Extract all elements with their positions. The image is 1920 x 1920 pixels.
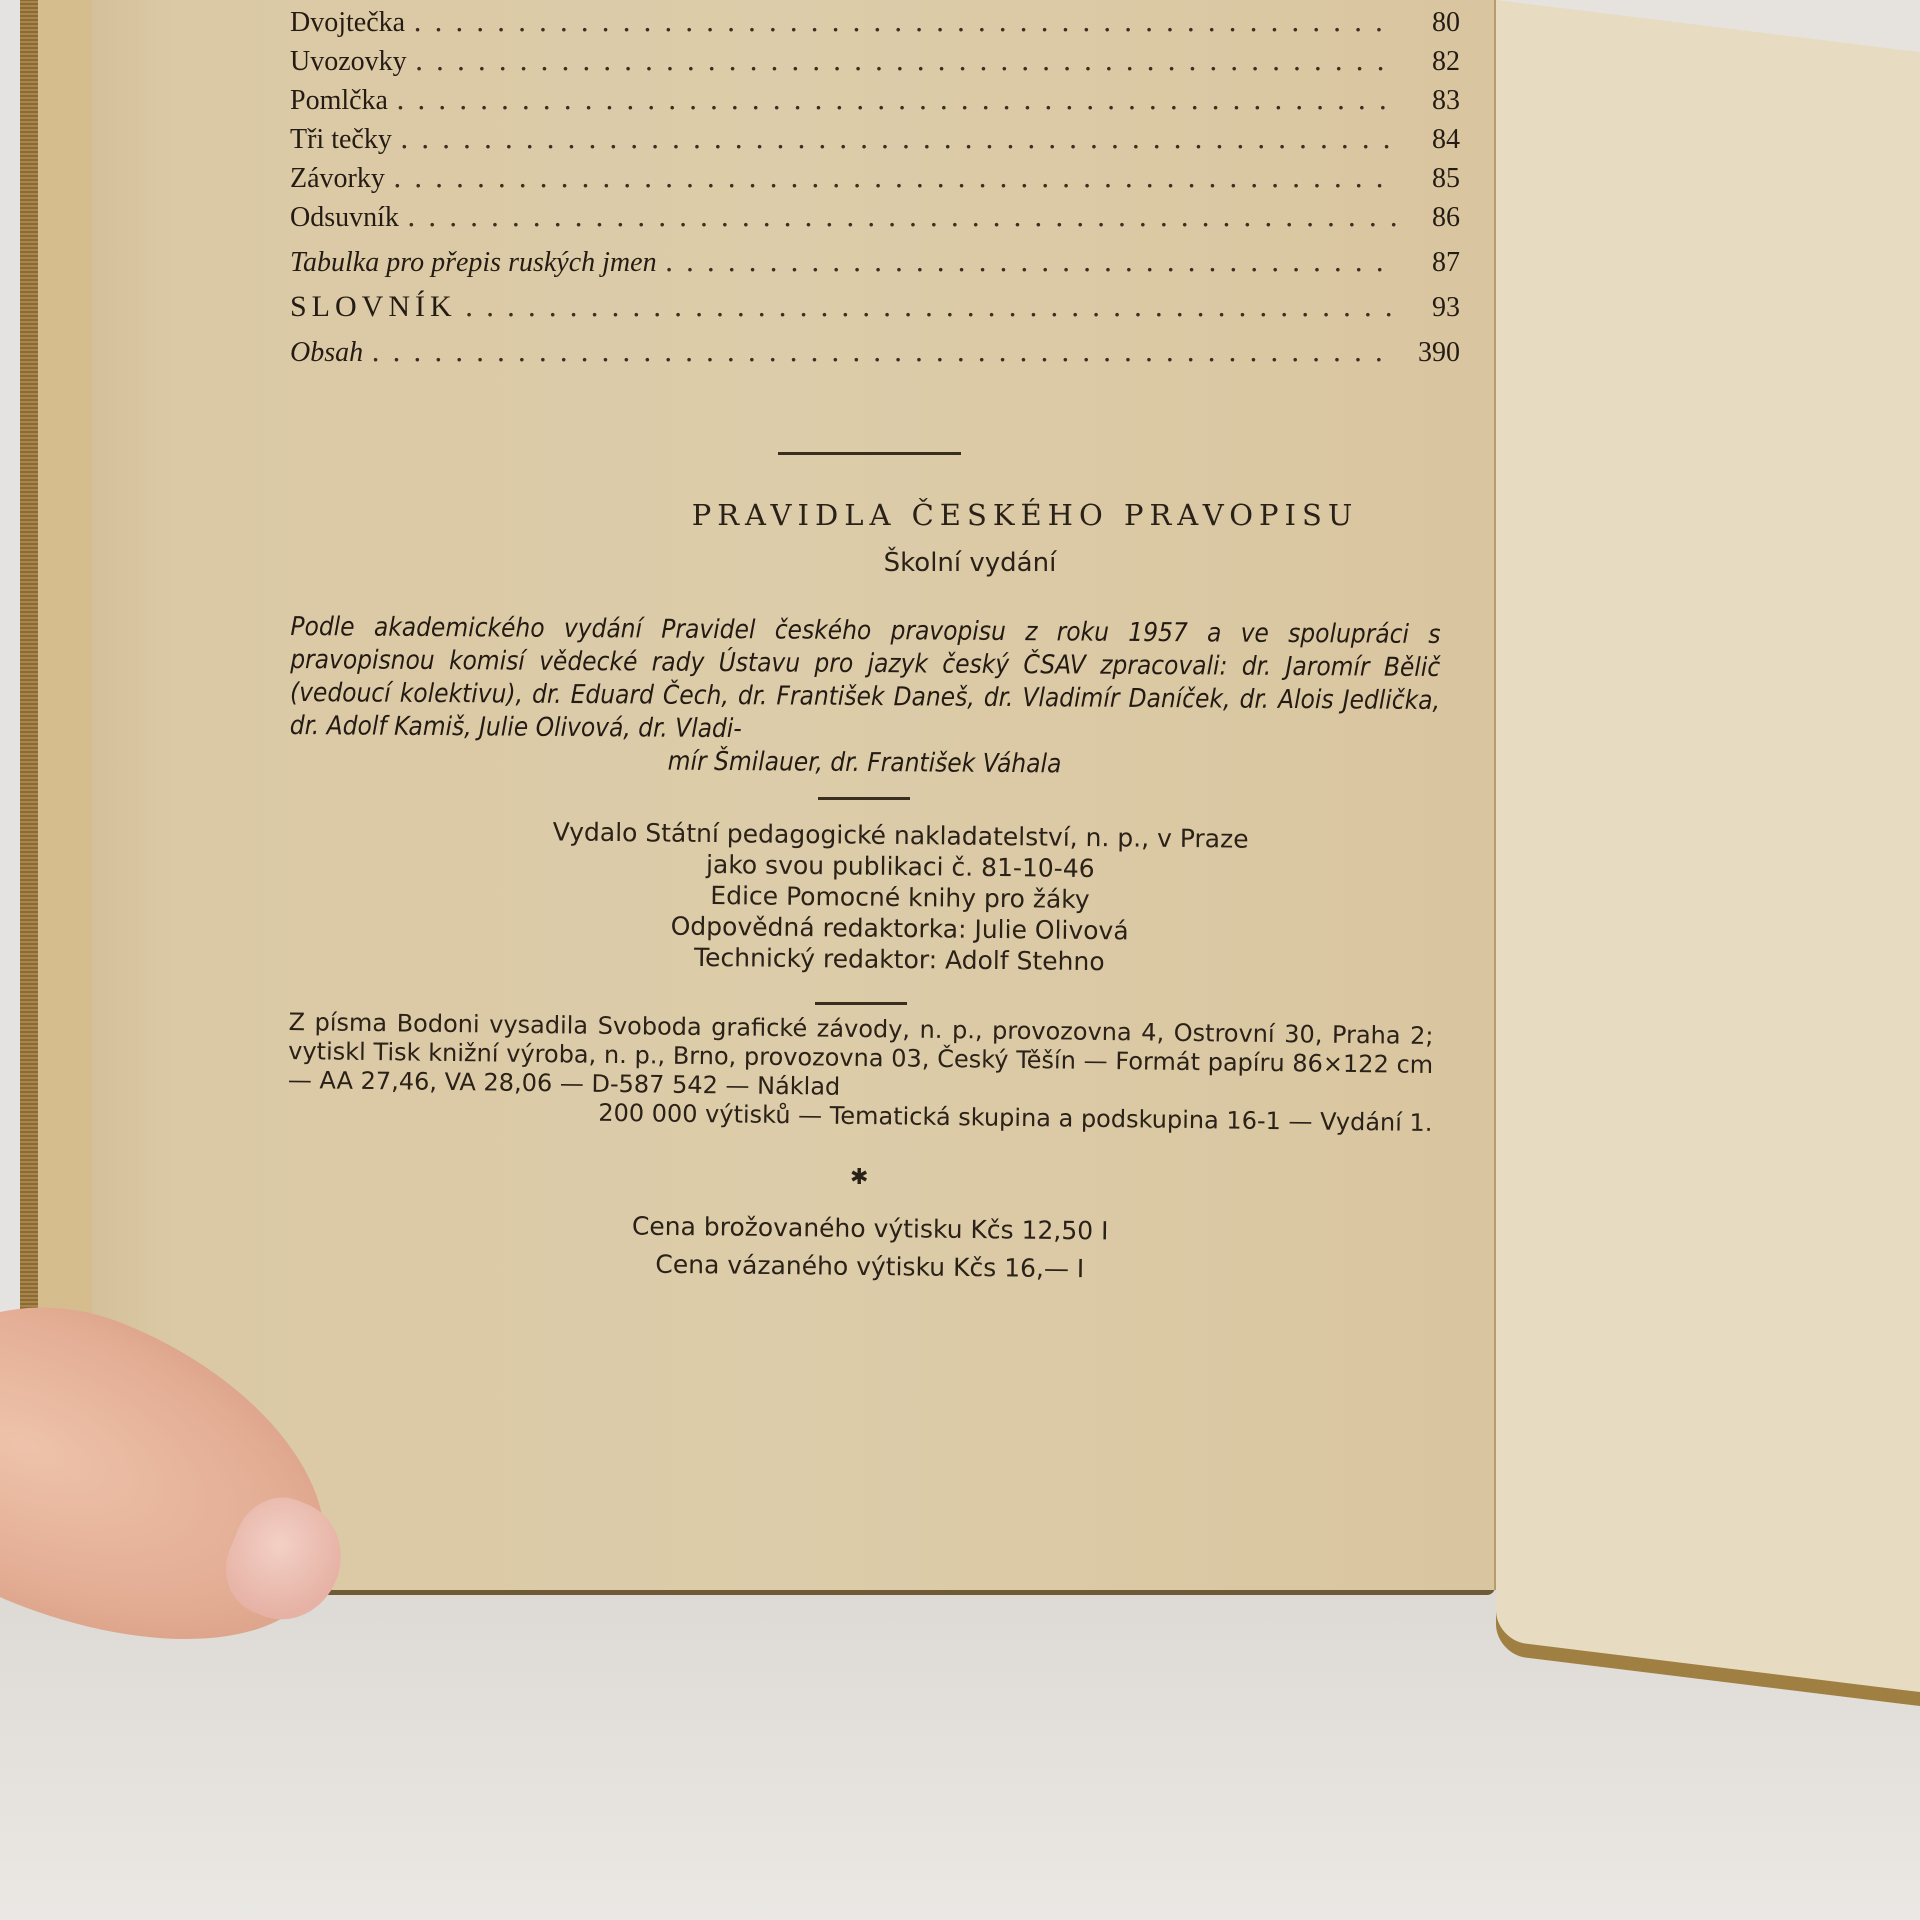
divider-rule — [818, 797, 910, 800]
toc-leader: ........................................… — [413, 5, 1396, 38]
book-cover-cloth — [20, 0, 38, 1345]
toc-entry: Obsah ..................................… — [290, 335, 1460, 374]
toc-leader: ........................................… — [396, 83, 1396, 116]
toc-page: 84 — [1404, 124, 1460, 156]
toc-label: Tři tečky — [290, 124, 392, 156]
credits-text: Podle akademického vydání Pravidel české… — [290, 612, 1441, 744]
book-subtitle: Školní vydání — [10, 548, 1920, 578]
toc-page: 93 — [1404, 292, 1460, 324]
printing-text: Z písma Bodoni vysadila Svoboda grafické… — [288, 1008, 1434, 1101]
toc-page: 82 — [1404, 46, 1460, 78]
book-cover-inner — [38, 0, 92, 1345]
table-of-contents: Dvojtečka ..............................… — [290, 5, 1460, 374]
toc-entry: Odsuvník ...............................… — [290, 200, 1460, 239]
toc-label: Obsah — [290, 337, 363, 369]
toc-entry: Tabulka pro přepis ruských jmen ........… — [290, 245, 1460, 284]
book-title: PRAVIDLA ČESKÉHO PRAVOPISU — [65, 498, 1920, 532]
toc-label: Pomlčka — [290, 85, 388, 117]
toc-page: 80 — [1404, 7, 1460, 39]
toc-label: Závorky — [290, 163, 385, 195]
toc-leader: ........................................… — [371, 335, 1396, 368]
toc-leader: ........................................… — [465, 290, 1396, 323]
printing-info: Z písma Bodoni vysadila Svoboda grafické… — [287, 1008, 1433, 1138]
divider-rule — [815, 1002, 907, 1005]
toc-page: 86 — [1404, 202, 1460, 234]
ornament-asterisk-icon: ✱ — [850, 1165, 868, 1190]
toc-leader: ........................................… — [407, 200, 1396, 233]
toc-page: 83 — [1404, 85, 1460, 117]
toc-entry: Pomlčka ................................… — [290, 83, 1460, 122]
divider-rule — [778, 452, 961, 455]
facing-page — [1496, 0, 1920, 1694]
toc-leader: ........................................… — [400, 122, 1396, 155]
publisher-block: Vydalo Státní pedagogické nakladatelství… — [399, 815, 1401, 980]
toc-label: Odsuvník — [290, 202, 399, 234]
toc-entry: Závorky ................................… — [290, 161, 1460, 200]
toc-page: 87 — [1404, 247, 1460, 279]
toc-entry: Uvozovky ...............................… — [290, 44, 1460, 83]
credits-paragraph: Podle akademického vydání Pravidel české… — [289, 611, 1440, 784]
toc-leader: ........................................… — [665, 245, 1396, 278]
price-block: Cena brožovaného výtisku Kčs 12,50 I Cen… — [500, 1206, 1241, 1290]
price-line: Cena vázaného výtisku Kčs 16,— I — [500, 1244, 1240, 1290]
toc-leader: ........................................… — [415, 44, 1396, 77]
toc-label: SLOVNÍK — [290, 290, 457, 324]
toc-label: Dvojtečka — [290, 7, 405, 39]
toc-entry: Tři tečky ..............................… — [290, 122, 1460, 161]
toc-leader: ........................................… — [393, 161, 1396, 194]
toc-entry: Dvojtečka ..............................… — [290, 5, 1460, 44]
toc-entry: SLOVNÍK ................................… — [290, 290, 1460, 329]
toc-label: Tabulka pro přepis ruských jmen — [290, 247, 657, 279]
toc-page: 390 — [1404, 337, 1460, 369]
toc-page: 85 — [1404, 163, 1460, 195]
toc-label: Uvozovky — [290, 46, 407, 78]
